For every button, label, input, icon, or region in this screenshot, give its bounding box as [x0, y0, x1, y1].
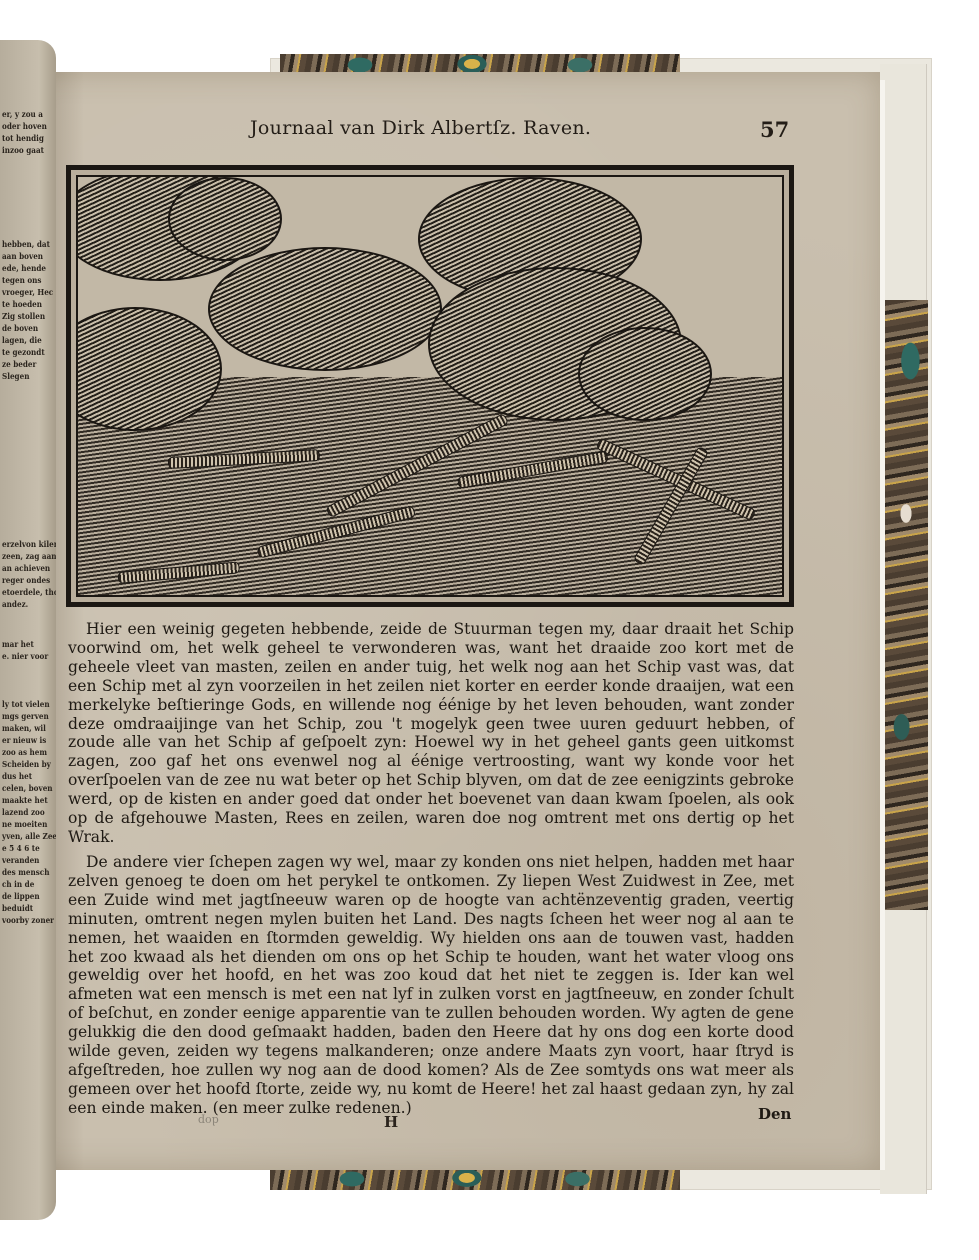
left-page-text-fragment: lazend zoo: [2, 808, 45, 819]
left-page-text-fragment: er nieuw is: [2, 736, 46, 747]
left-page-text-fragment: te hoeden: [2, 300, 42, 311]
signature-mark: H: [384, 1113, 398, 1131]
left-page-text-fragment: mgs gerven: [2, 712, 49, 723]
wreck-timber: [168, 449, 320, 469]
left-page-edge: er, y zou aoder hoventot hendiginzoo gaa…: [0, 40, 56, 1220]
wreck-timber: [325, 413, 509, 518]
left-page-text-fragment: tegen ons: [2, 276, 41, 287]
left-page-text-fragment: zeen, zag aan: [2, 552, 56, 563]
left-page-text-fragment: inzoo gaat: [2, 146, 44, 157]
left-page-text-fragment: aan boven: [2, 252, 43, 263]
left-page-text-fragment: zoo as hem: [2, 748, 47, 759]
paragraph-2: De andere vier ſchepen zagen wy wel, maa…: [68, 853, 794, 1118]
left-page-text-fragment: Scheiden by: [2, 760, 51, 771]
left-page-text-fragment: oder hoven: [2, 122, 47, 133]
left-page-text-fragment: veranden: [2, 856, 39, 867]
paragraph-text: Hier een weinig gegeten hebbende, zeide …: [68, 620, 794, 847]
cloud-shape: [208, 247, 442, 371]
cloud-shape: [578, 327, 712, 421]
woodcut-image: [76, 175, 784, 597]
paragraph-text: De andere vier ſchepen zagen wy wel, maa…: [68, 853, 794, 1118]
left-page-text-fragment: lagen, die: [2, 336, 42, 347]
left-page-text-fragment: ze beder: [2, 360, 36, 371]
left-page-text-fragment: te gezondt: [2, 348, 45, 359]
marbled-endpaper-bottom: [270, 1168, 680, 1190]
wreck-timber: [117, 561, 240, 584]
left-page-text-fragment: maken, wil: [2, 724, 46, 735]
left-page-text-fragment: mar het: [2, 640, 34, 651]
left-page-text-fragment: e. nier voor: [2, 652, 48, 663]
marbled-endpaper-right: [884, 300, 928, 910]
left-page-text-fragment: ne moeiten: [2, 820, 47, 831]
woodcut-illustration: [66, 165, 794, 607]
left-page-text-fragment: er, y zou a: [2, 110, 43, 121]
left-page-text-fragment: erzelvon kilen: [2, 540, 56, 551]
page-number: 57: [760, 117, 789, 142]
left-page-text-fragment: Slegen: [2, 372, 29, 383]
running-head: Journaal van Dirk Albertſz. Raven.: [250, 117, 591, 139]
left-page-text-fragment: des mensch: [2, 868, 49, 879]
paragraph-1: Hier een weinig gegeten hebbende, zeide …: [68, 620, 794, 847]
left-page-text-fragment: Zig stollen: [2, 312, 45, 323]
left-page-text-fragment: dus het: [2, 772, 32, 783]
cloud-shape: [168, 177, 282, 261]
left-page-text-fragment: an achieven: [2, 564, 50, 575]
left-page-text-fragment: reger ondes: [2, 576, 50, 587]
left-page-text-fragment: ly tot vielen: [2, 700, 50, 711]
left-page-text-fragment: tot hendig: [2, 134, 44, 145]
left-page-text-fragment: andez.: [2, 600, 28, 611]
left-page-text-fragment: voorby zoner: [2, 916, 54, 927]
left-page-text-fragment: ch in de: [2, 880, 34, 891]
left-page-text-fragment: ede, hende: [2, 264, 46, 275]
left-page-text-fragment: hebben, dat: [2, 240, 50, 251]
catchword: Den: [758, 1105, 791, 1123]
left-page-text-fragment: etoerdele, thoo: [2, 588, 56, 599]
left-page-text-fragment: celen, boven: [2, 784, 53, 795]
left-page-text-fragment: maakte het: [2, 796, 48, 807]
pencil-note: dop: [198, 1114, 219, 1127]
wreck-timber: [457, 451, 609, 489]
left-page-text-fragment: de lippen: [2, 892, 40, 903]
left-page-text-fragment: e 5 4 6 te: [2, 844, 40, 855]
left-page-text-fragment: yven, alle Zee: [2, 832, 56, 843]
left-page-text-fragment: de boven: [2, 324, 38, 335]
left-page-text-fragment: vroeger, Hec: [2, 288, 53, 299]
left-page-text-fragment: beduidt: [2, 904, 33, 915]
